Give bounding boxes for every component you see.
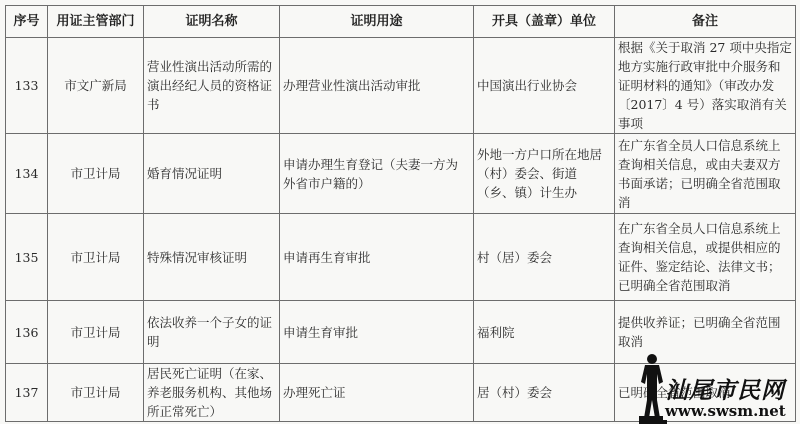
table-row: 135 市卫计局 特殊情况审核证明 申请再生育审批 村（居）委会 在广东省全员人… <box>6 214 796 301</box>
cell-issuer: 福利院 <box>474 301 615 364</box>
cell-name: 居民死亡证明（在家、养老服务机构、其他场所正常死亡） <box>144 364 280 422</box>
watermark-url: www.swsm.net <box>663 402 788 420</box>
cell-no: 136 <box>6 301 48 364</box>
table-row: 134 市卫计局 婚育情况证明 申请办理生育登记（夫妻一方为外省市户籍的） 外地… <box>6 134 796 214</box>
cell-issuer: 居（村）委会 <box>474 364 615 422</box>
document-page: 序号 用证主管部门 证明名称 证明用途 开具（盖章）单位 备注 133 市文广新… <box>0 0 800 424</box>
cell-no: 134 <box>6 134 48 214</box>
cell-name: 特殊情况审核证明 <box>144 214 280 301</box>
cell-use: 申请再生育审批 <box>280 214 474 301</box>
table-row: 133 市文广新局 营业性演出活动所需的演出经纪人员的资格证书 办理营业性演出活… <box>6 38 796 134</box>
cell-note: 根据《关于取消 27 项中央指定地方实施行政审批中介服务和证明材料的通知》（审改… <box>615 38 796 134</box>
cell-dept: 市文广新局 <box>48 38 144 134</box>
cell-note: 在广东省全员人口信息系统上查询相关信息，或由夫妻双方书面承诺；已明确全省范围取消 <box>615 134 796 214</box>
header-no: 序号 <box>6 6 48 38</box>
cell-dept: 市卫计局 <box>48 301 144 364</box>
watermark-title: 汕尾市民网 <box>665 372 785 405</box>
cell-name: 婚育情况证明 <box>144 134 280 214</box>
table-header-row: 序号 用证主管部门 证明名称 证明用途 开具（盖章）单位 备注 <box>6 6 796 38</box>
cell-use: 办理营业性演出活动审批 <box>280 38 474 134</box>
cell-use: 申请办理生育登记（夫妻一方为外省市户籍的） <box>280 134 474 214</box>
cell-issuer: 村（居）委会 <box>474 214 615 301</box>
cell-dept: 市卫计局 <box>48 134 144 214</box>
header-note: 备注 <box>615 6 796 38</box>
cell-note: 在广东省全员人口信息系统上查询相关信息，或提供相应的证件、鉴定结论、法律文书；已… <box>615 214 796 301</box>
cell-issuer: 外地一方户口所在地居（村）委会、街道（乡、镇）计生办 <box>474 134 615 214</box>
header-dept: 用证主管部门 <box>48 6 144 38</box>
cell-no: 135 <box>6 214 48 301</box>
header-name: 证明名称 <box>144 6 280 38</box>
cell-name: 营业性演出活动所需的演出经纪人员的资格证书 <box>144 38 280 134</box>
cell-dept: 市卫计局 <box>48 214 144 301</box>
header-use: 证明用途 <box>280 6 474 38</box>
cell-name: 依法收养一个子女的证明 <box>144 301 280 364</box>
cell-use: 申请生育审批 <box>280 301 474 364</box>
cell-use: 办理死亡证 <box>280 364 474 422</box>
cell-no: 137 <box>6 364 48 422</box>
cell-dept: 市卫计局 <box>48 364 144 422</box>
site-watermark: 汕尾市民网 www.swsm.net <box>637 352 800 424</box>
cell-issuer: 中国演出行业协会 <box>474 38 615 134</box>
cell-no: 133 <box>6 38 48 134</box>
header-issuer: 开具（盖章）单位 <box>474 6 615 38</box>
